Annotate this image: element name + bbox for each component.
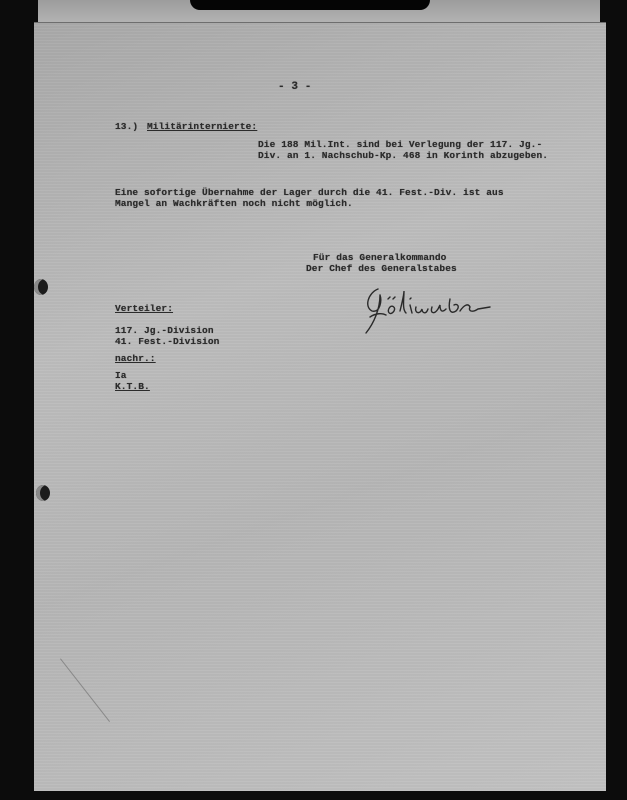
signature-line-1: Für das Generalkommando <box>313 253 446 263</box>
distribution-heading: Verteiler: <box>115 304 173 314</box>
punch-hole-bottom <box>36 485 50 501</box>
body-line-2: Mangel an Wachkräften noch nicht möglich… <box>115 199 353 209</box>
section-line-2: Div. an 1. Nachschub-Kp. 468 in Korinth … <box>258 151 548 161</box>
copy-1: Ia <box>115 371 127 381</box>
section-line-1: Die 188 Mil.Int. sind bei Verlegung der … <box>258 140 542 150</box>
body-line-1: Eine sofortige Übernahme der Lager durch… <box>115 188 504 198</box>
section-number: 13.) <box>115 122 138 132</box>
recipient-1: 117. Jg.-Division <box>115 326 214 336</box>
page-number: - 3 - <box>278 82 312 92</box>
recipient-2: 41. Fest.-Division <box>115 337 219 347</box>
binder-clip <box>190 0 430 10</box>
section-heading: Militärinternierte: <box>147 122 257 132</box>
copy-2: K.T.B. <box>115 382 150 392</box>
paper-crease <box>60 658 110 722</box>
punch-hole-top <box>34 279 48 295</box>
document-page: - 3 - 13.) Militärinternierte: Die 188 M… <box>34 22 606 791</box>
signature-line-2: Der Chef des Generalstabes <box>306 264 457 274</box>
copies-heading: nachr.: <box>115 354 156 364</box>
handwritten-signature <box>360 281 505 341</box>
